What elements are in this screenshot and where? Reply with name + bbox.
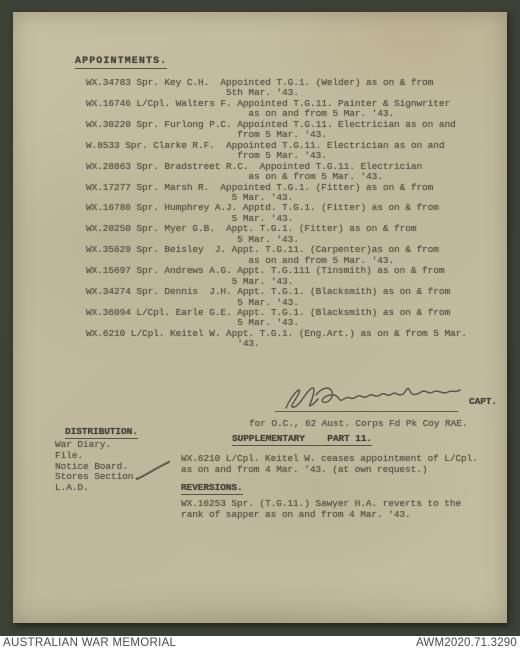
distribution-list: War Diary.File.Notice Board.Stores Secti… [55, 440, 139, 494]
appointments-list: WX.34783 Spr. Key C.H. Appointed T.G.1. … [86, 78, 467, 350]
supplementary-heading: SUPPLEMENTARY PART 11. [232, 433, 372, 446]
signature-for-line: for O.C., 62 Aust. Corps Fd Pk Coy RAE. [249, 418, 467, 429]
archive-accession-number: AWM2020.71.3290 [416, 637, 517, 649]
handwritten-tick-mark [134, 460, 172, 482]
reversions-heading: REVERSIONS. [181, 482, 243, 495]
reversions-text: WX.16253 Spr. (T.G.11.) Sawyer H.A. reve… [181, 499, 461, 520]
supplementary-line: as on and from 4 Mar. '43. (at own reque… [181, 465, 478, 476]
appointment-line: as on & from 5 Mar. '43. [86, 172, 467, 182]
reversions-line: WX.16253 Spr. (T.G.11.) Sawyer H.A. reve… [181, 499, 461, 510]
supplementary-line: WX.6210 L/Cpl. Keitel W. ceases appointm… [181, 454, 478, 465]
photo-mat: APPOINTMENTS. WX.34783 Spr. Key C.H. App… [0, 0, 520, 636]
signature-rank: CAPT. [469, 396, 497, 407]
reversions-line: rank of sapper as on and from 4 Mar. '43… [181, 510, 461, 521]
distribution-item: L.A.D. [55, 483, 139, 494]
appointment-line: '43. [86, 339, 467, 349]
archive-caption-bar: AUSTRALIAN WAR MEMORIAL AWM2020.71.3290 [0, 636, 520, 653]
archive-name: AUSTRALIAN WAR MEMORIAL [3, 637, 176, 649]
signature-handwriting [279, 381, 465, 414]
appointments-heading: APPOINTMENTS. [75, 56, 167, 69]
signature-underline [275, 411, 458, 412]
distribution-heading: DISTRIBUTION. [65, 426, 138, 439]
supplementary-text: WX.6210 L/Cpl. Keitel W. ceases appointm… [181, 454, 478, 475]
appointment-line: WX.34274 Spr. Dennis J.H. Appt. T.G.1. (… [86, 287, 467, 297]
document-page: APPOINTMENTS. WX.34783 Spr. Key C.H. App… [13, 12, 507, 623]
distribution-item: File. [55, 451, 139, 462]
